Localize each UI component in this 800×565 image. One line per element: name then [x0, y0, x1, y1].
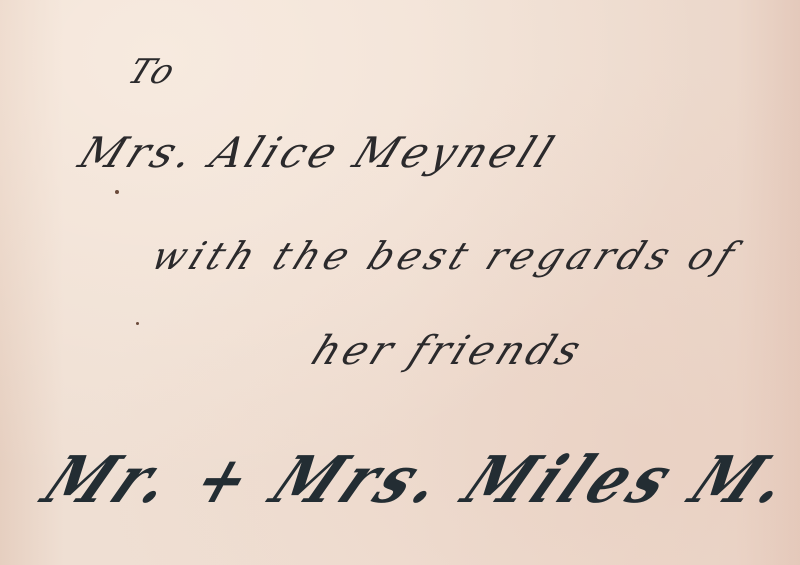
- recipient-name: Mrs. Alice Meynell: [72, 128, 564, 177]
- ink-speck: [136, 322, 139, 325]
- signature: Mr. + Mrs. Miles M. Dawson: [30, 442, 800, 518]
- regards-line: with the best regards of: [145, 234, 746, 278]
- inscription-page: To Mrs. Alice Meynell with the best rega…: [0, 0, 800, 565]
- ink-speck: [115, 190, 119, 194]
- salutation-to: To: [122, 52, 183, 92]
- friends-line: her friends: [305, 328, 591, 374]
